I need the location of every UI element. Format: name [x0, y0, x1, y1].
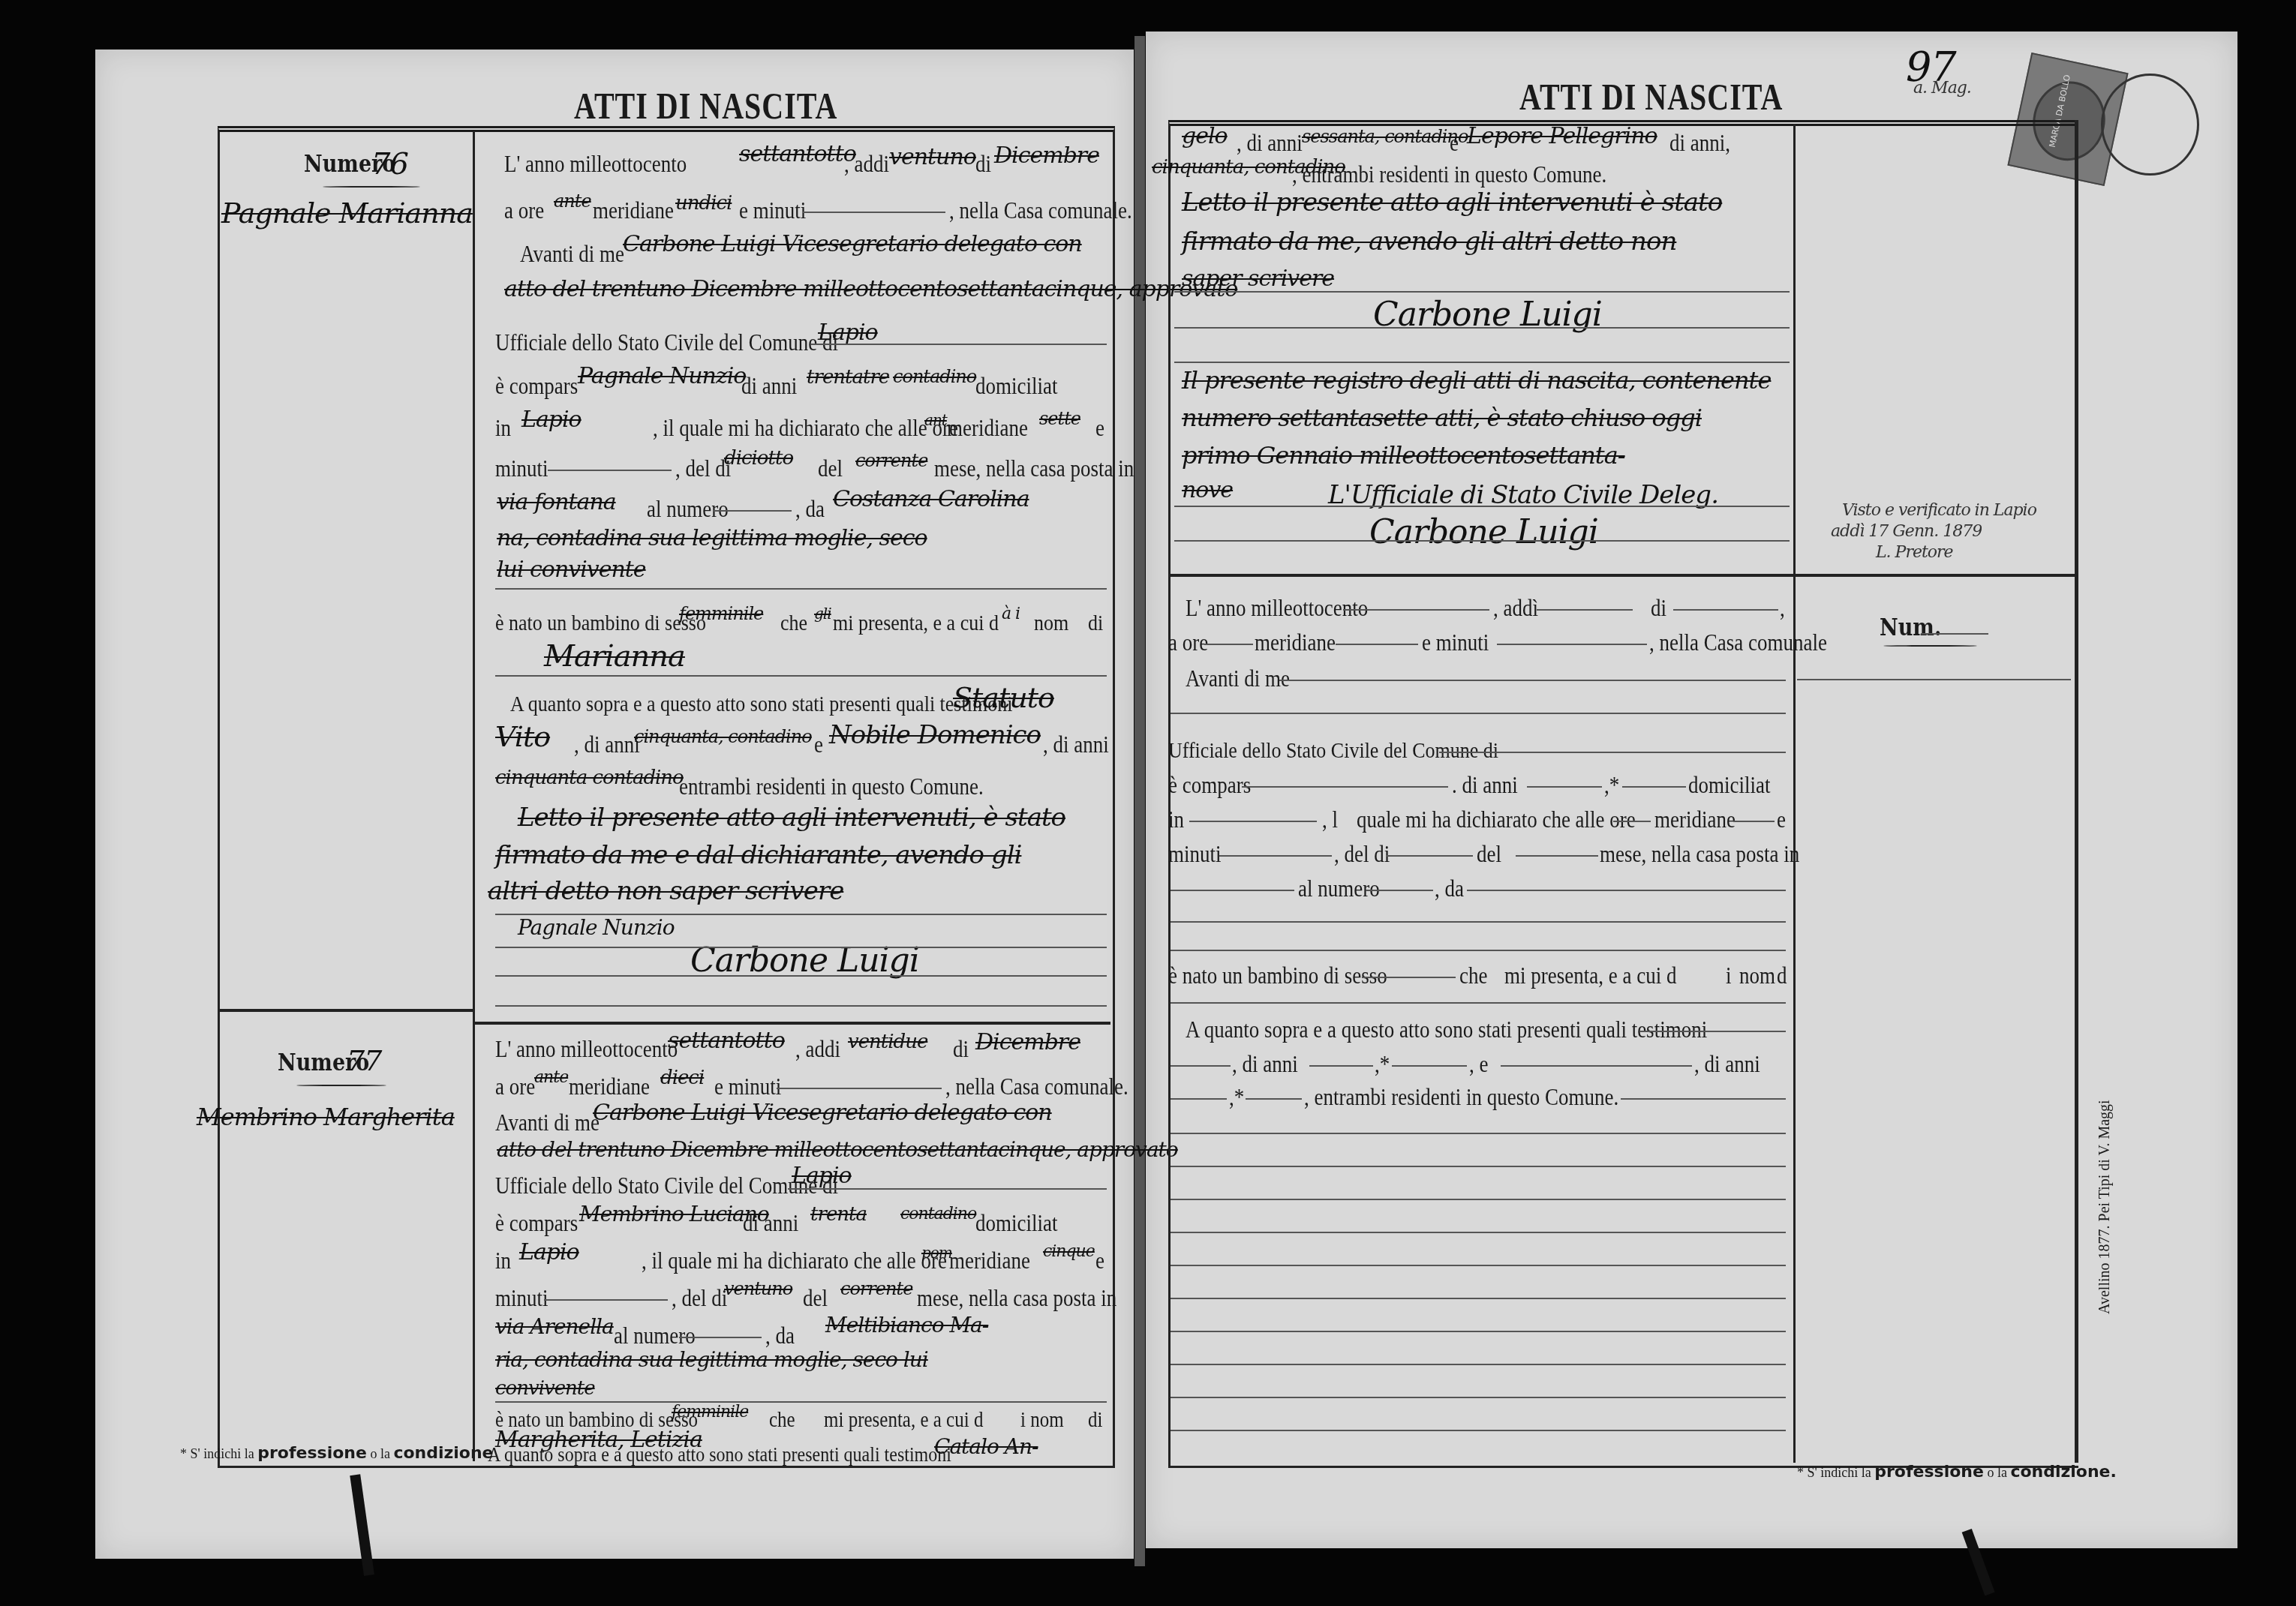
- printed-text: minuti: [495, 1284, 548, 1312]
- printed-text: domiciliat: [1688, 771, 1770, 799]
- ruled-line: [1174, 540, 1790, 542]
- printed-text: , entrambi residenti in questo Comune.: [1292, 161, 1606, 188]
- age-blank[interactable]: [1527, 786, 1602, 788]
- printed-text: di: [953, 1035, 969, 1063]
- blank-line: [788, 1188, 1107, 1190]
- handwritten-value: atto del trentuno Dicembre milleottocent…: [497, 1137, 1178, 1162]
- declarant-signature: Pagnale Nunzio: [518, 915, 674, 940]
- hour-blank[interactable]: [1336, 644, 1418, 645]
- printed-text: , del di: [672, 1284, 727, 1312]
- printed-text: A quanto sopra e a questo atto sono stat…: [510, 690, 1012, 718]
- printed-text: mi presenta, e a cui d: [824, 1407, 983, 1435]
- ruled-line[interactable]: [1171, 1430, 1786, 1431]
- comune-name: Lapio: [792, 1163, 852, 1189]
- printed-text: è nato un bambino di sesso: [1168, 962, 1387, 989]
- right-page-header: ATTI DI NASCITA: [1519, 75, 1783, 119]
- right-margin-column-divider: [1793, 124, 1796, 1463]
- printed-text: nom: [1034, 609, 1068, 637]
- mother-blank-3[interactable]: [1171, 950, 1786, 951]
- declarant-blank[interactable]: [1242, 786, 1448, 788]
- printed-text: nom: [1739, 962, 1775, 989]
- handwritten-value: ventuno: [724, 1278, 792, 1299]
- margin-child-name: Pagnale Marianna: [221, 197, 473, 230]
- remarks-blank[interactable]: [1621, 1098, 1786, 1100]
- child-given-name: Marianna: [544, 639, 685, 674]
- mother-blank[interactable]: [1467, 890, 1786, 891]
- printed-text: Ufficiale dello Stato Civile del Comune …: [1168, 737, 1498, 764]
- footnote-text: o la: [370, 1446, 390, 1461]
- printed-text: entrambi residenti in questo Comune.: [679, 773, 984, 800]
- printer-mark: Avellino 1877. Pei Tipi di V. Maggi: [2096, 1100, 2114, 1314]
- printed-text: Avanti di me: [1186, 665, 1290, 692]
- ruled-line[interactable]: [1171, 1364, 1786, 1365]
- ruled-line[interactable]: [1171, 1397, 1786, 1398]
- profession-blank[interactable]: [1622, 786, 1686, 788]
- book-gutter: [1134, 36, 1145, 1566]
- witness-2-age: cinquanta contadino: [495, 767, 684, 789]
- record-separator: [1171, 574, 1793, 577]
- birth-day-blank[interactable]: [1387, 855, 1473, 857]
- printed-text: del: [818, 455, 843, 482]
- printed-text: mese, nella casa posta in: [1600, 840, 1799, 868]
- verification-note-line2: addì 17 Genn. 1879: [1831, 522, 1982, 541]
- printed-text: meridiane: [947, 414, 1028, 442]
- register-closing-statement: primo Gennaio milleottocentosettanta-: [1182, 441, 1625, 470]
- footnote-bold: condizione.: [2010, 1463, 2117, 1481]
- footnote-text: o la: [1987, 1465, 2007, 1480]
- witness-1-age-blank[interactable]: [1309, 1065, 1373, 1067]
- house-number-blank[interactable]: [1366, 890, 1433, 891]
- child-sex: femminile: [679, 603, 763, 624]
- left-margin-column-divider: [473, 131, 475, 1461]
- right-outer-border: [2075, 120, 2078, 1463]
- printed-text: e: [1777, 806, 1786, 833]
- ruled-line: [1174, 362, 1790, 363]
- printed-text: è compars: [495, 1209, 578, 1237]
- printed-text: meridiane: [593, 197, 674, 224]
- printed-text: , e: [1469, 1050, 1488, 1078]
- printed-text: minuti: [1168, 840, 1222, 868]
- officer-blank[interactable]: [1279, 680, 1786, 681]
- printed-text: è compars: [495, 372, 578, 400]
- closing-statement: altri detto non saper scrivere: [488, 876, 843, 906]
- printed-text: a ore: [495, 1073, 535, 1100]
- birth-month-blank[interactable]: [1516, 855, 1598, 857]
- ruled-line[interactable]: [1171, 1166, 1786, 1167]
- ruled-line[interactable]: [1171, 1133, 1786, 1134]
- left-footnote: * S' indichi la professione o la condizi…: [180, 1444, 494, 1463]
- closing-statement: Letto il presente atto agli intervenuti,…: [518, 803, 1065, 833]
- handwritten-value: Carbone Luigi Vicesegretario delegato co…: [593, 1100, 1052, 1126]
- ruled-line[interactable]: [1171, 1265, 1786, 1266]
- printed-text: che: [769, 1407, 795, 1435]
- ruled-line[interactable]: [1171, 1298, 1786, 1299]
- witness-2-profession-blank[interactable]: [1246, 1098, 1302, 1100]
- ruled-line: [495, 675, 1107, 677]
- comune-name: Lapio: [818, 320, 878, 346]
- ruled-line[interactable]: [1171, 1199, 1786, 1200]
- handwritten-value: pom: [921, 1244, 952, 1262]
- printed-text: ,*: [1229, 1083, 1244, 1111]
- postmark-cancellation: [2101, 74, 2199, 176]
- witness-1-surname: Catalo An-: [934, 1434, 1038, 1459]
- printed-text: , addi: [795, 1035, 840, 1063]
- street-name: via fontana: [497, 489, 616, 515]
- printed-text: , di anni: [574, 731, 640, 758]
- printed-text: i nom: [1020, 1407, 1064, 1435]
- declarant-profession: contadino: [893, 366, 976, 387]
- printed-text: e minuti: [714, 1073, 781, 1100]
- ruled-line: [495, 1005, 1107, 1007]
- flourish: [1883, 645, 1977, 647]
- printed-text: domiciliat: [975, 1209, 1057, 1237]
- year-blank[interactable]: [1343, 609, 1489, 611]
- printed-text: meridiane: [569, 1073, 650, 1100]
- printed-text: di: [975, 150, 991, 178]
- birth-hour-blank[interactable]: [1733, 821, 1775, 822]
- record-separator-margin: [220, 1009, 473, 1012]
- month-blank[interactable]: [1673, 609, 1778, 611]
- footnote-bold: condizione: [393, 1444, 493, 1463]
- footnote-bold: professione: [1874, 1463, 1984, 1481]
- printed-text: meridiane: [1654, 806, 1736, 833]
- ruled-line: [1174, 291, 1790, 293]
- mother-name: Meltibianco Ma-: [825, 1313, 988, 1337]
- printed-text: di anni: [743, 1209, 798, 1237]
- month-word: Dicembre: [975, 1029, 1080, 1055]
- printed-text: minuti: [495, 455, 548, 482]
- printed-text: mese, nella casa posta in: [917, 1284, 1116, 1312]
- blank-line: [810, 344, 1107, 345]
- printed-text: e: [1095, 1247, 1104, 1274]
- printed-text: , addi: [844, 150, 889, 178]
- printed-text: A quanto sopra e a questo atto sono stat…: [488, 1442, 951, 1469]
- printed-text: al numero: [647, 495, 729, 523]
- printed-text: Ufficiale dello Stato Civile del Comune …: [495, 1172, 838, 1199]
- printed-text: , del di: [675, 455, 731, 482]
- printed-text: quale mi ha dichiarato che alle ore: [1357, 806, 1636, 833]
- declarant-age: trenta: [810, 1203, 867, 1226]
- printed-text: meridiane: [1255, 629, 1336, 656]
- witness-1-name: gelo: [1182, 123, 1228, 149]
- handwritten-value: à i: [1002, 605, 1020, 623]
- printed-text: , il quale mi ha dichiarato che alle ore: [642, 1247, 947, 1274]
- birth-ante-post-blank[interactable]: [1613, 821, 1651, 822]
- printed-text: , di anni: [1232, 1050, 1298, 1078]
- printed-text: , da: [795, 495, 825, 523]
- printed-text: , di anni: [1694, 1050, 1760, 1078]
- ruled-line: [1174, 506, 1790, 507]
- witness-2-name: Lepore Pellegrino: [1467, 123, 1657, 149]
- printed-text: , di anni: [1237, 129, 1303, 157]
- printed-text: è nato un bambino di sesso: [495, 609, 706, 637]
- printed-text: a ore: [1168, 629, 1208, 656]
- officer-signature: Carbone Luigi: [1369, 513, 1598, 551]
- witness-2-name: Nobile Domenico: [829, 720, 1041, 750]
- printed-text: mi presenta, e a cui d: [1504, 962, 1676, 989]
- ruled-line[interactable]: [1171, 1331, 1786, 1332]
- witness-1-blank[interactable]: [1639, 1031, 1786, 1032]
- printed-text: , di anni: [1043, 731, 1109, 758]
- record-number-blank: [1921, 633, 1988, 635]
- printed-text: Ufficiale dello Stato Civile del Comune …: [495, 329, 838, 356]
- handwritten-value: na, contadina sua legittima moglie, seco: [497, 525, 927, 551]
- town-blank[interactable]: [1189, 821, 1317, 822]
- printed-text: ,: [1780, 594, 1785, 622]
- handwritten-value: cinque: [1043, 1242, 1095, 1261]
- witness-1-name: Vito: [495, 720, 550, 753]
- printed-text: al numero: [1298, 875, 1380, 902]
- closing-statement: firmato da me e dal dichiarante, avendo …: [495, 840, 1021, 870]
- printed-text: al numero: [614, 1322, 696, 1349]
- printed-text: che: [780, 609, 807, 637]
- printed-text: i: [1726, 962, 1732, 989]
- witness-2-blank[interactable]: [1501, 1065, 1692, 1067]
- ruled-line: [495, 947, 1107, 948]
- declarant-age: trentatre: [807, 366, 889, 389]
- day-word: ventuno: [889, 144, 976, 170]
- printed-text: e: [814, 731, 823, 758]
- hour-ante-post-blank[interactable]: [1204, 644, 1253, 645]
- declarant-profession: contadino: [900, 1205, 976, 1223]
- printed-text: . di anni: [1452, 771, 1518, 799]
- printed-text: e: [1095, 414, 1104, 442]
- blank-line: [548, 470, 672, 471]
- birth-minutes-blank[interactable]: [1219, 855, 1332, 857]
- printed-text: , l: [1322, 806, 1338, 833]
- handwritten-value: ante: [554, 191, 591, 212]
- printed-text: di: [1088, 1407, 1102, 1435]
- handwritten-value: ria, contadina sua legittima moglie, sec…: [495, 1347, 928, 1372]
- handwritten-value: Carbone Luigi Vicesegretario delegato co…: [623, 231, 1082, 257]
- printed-text: a ore: [504, 197, 544, 224]
- handwritten-value: corrente: [840, 1278, 912, 1299]
- printed-text: , da: [1435, 875, 1464, 902]
- flourish: [323, 186, 420, 188]
- day-blank[interactable]: [1537, 609, 1633, 611]
- street-name: via Arenella: [495, 1314, 614, 1339]
- ruled-line: [495, 914, 1107, 915]
- printed-text: e minuti: [1422, 629, 1489, 656]
- handwritten-value: gli: [814, 605, 831, 623]
- sex-blank[interactable]: [1362, 977, 1456, 978]
- printed-text: in: [495, 1247, 511, 1274]
- printed-text: L' anno milleottocento: [495, 1035, 678, 1063]
- handwritten-value: ant: [924, 411, 947, 429]
- printed-text: , nella Casa comunale: [1649, 629, 1827, 656]
- witness-1-surname: Statuto: [953, 681, 1054, 714]
- ruled-line: [495, 588, 1107, 590]
- witness-1-blank-2[interactable]: [1171, 1065, 1231, 1067]
- closing-statement: Letto il presente atto agli intervenuti …: [1182, 188, 1722, 218]
- blank-line: [679, 1337, 762, 1338]
- record-number-value: 76: [371, 147, 408, 182]
- blank-line: [777, 1088, 942, 1089]
- printed-text: ,*: [1375, 1050, 1390, 1078]
- witness-2-age-blank[interactable]: [1171, 1098, 1227, 1100]
- margin-child-name: Membrino Margherita: [197, 1103, 455, 1131]
- verification-note-line1: Visto e verificato in Lapio: [1842, 501, 2036, 520]
- footnote-text: * S' indichi la: [180, 1446, 254, 1461]
- closing-statement: saper scrivere: [1182, 266, 1334, 292]
- handwritten-value: undici: [675, 192, 732, 215]
- mother-blank-2[interactable]: [1171, 921, 1786, 923]
- handwritten-value: convivente: [495, 1377, 595, 1400]
- year-word: settantotto: [739, 141, 856, 167]
- day-word: ventidue: [848, 1031, 927, 1053]
- officer-blank-2[interactable]: [1171, 713, 1786, 714]
- left-page-header: ATTI DI NASCITA: [574, 84, 837, 128]
- printed-text: , nella Casa comunale.: [945, 1073, 1128, 1100]
- printed-text: Avanti di me: [495, 1109, 600, 1136]
- record-separator-body: [475, 1022, 1110, 1025]
- verification-note-line3: L. Pretore: [1876, 543, 1953, 562]
- ruled-line: [495, 1401, 1107, 1403]
- ruled-line: [1174, 327, 1790, 329]
- record-number-value: 77: [347, 1044, 381, 1077]
- printed-text: del: [1477, 840, 1501, 868]
- record-number-label: Num.: [1880, 614, 1941, 641]
- handwritten-value: corrente: [855, 450, 927, 471]
- printed-text: di anni,: [1669, 129, 1730, 157]
- printed-text: in: [1168, 806, 1184, 833]
- handwritten-value: Lapio: [519, 1239, 579, 1265]
- printed-text: mi presenta, e a cui d: [833, 609, 999, 637]
- printed-text: è compars: [1168, 771, 1251, 799]
- month-word: Dicembre: [994, 143, 1099, 169]
- printed-text: e minuti: [739, 197, 806, 224]
- printed-text: mese, nella casa posta in: [934, 455, 1134, 482]
- witness-1-age: cinquanta, contadino: [634, 726, 812, 747]
- printed-text: di: [1651, 594, 1666, 622]
- handwritten-value: sette: [1039, 408, 1080, 429]
- declarant-name: Membrino Luciano: [579, 1202, 769, 1226]
- printed-text: , da: [765, 1322, 795, 1349]
- witness-1-age: sessanta, contadino: [1302, 126, 1468, 147]
- printed-text: che: [1459, 962, 1487, 989]
- footnote-text: * S' indichi la: [1797, 1465, 1871, 1480]
- comune-blank[interactable]: [1439, 752, 1786, 753]
- printed-text: e: [1450, 129, 1459, 157]
- handwritten-value: lui convivente: [497, 557, 646, 583]
- printed-text: Avanti di me: [520, 240, 624, 268]
- blank-line: [713, 510, 792, 512]
- ruled-line[interactable]: [1171, 1232, 1786, 1233]
- printed-text: , addì: [1493, 594, 1538, 622]
- closing-statement: firmato da me, avendo gli altri detto no…: [1182, 227, 1676, 257]
- printed-text: d: [1777, 962, 1787, 989]
- handwritten-value: diciotto: [724, 447, 793, 470]
- printed-text: in: [495, 414, 511, 442]
- register-closing-statement: numero settantasette atti, è stato chius…: [1182, 404, 1702, 432]
- printed-text: L' anno milleottocento: [1186, 594, 1368, 622]
- child-name-blank[interactable]: [1171, 1002, 1786, 1004]
- ruled-line: [495, 975, 1107, 977]
- handwritten-value: ante: [534, 1068, 568, 1087]
- handwritten-value: Lapio: [521, 407, 582, 433]
- footnote-bold: professione: [257, 1444, 367, 1463]
- register-closing-statement: nove: [1182, 477, 1233, 503]
- ruled-line: [1797, 679, 2071, 680]
- printed-text: , entrambi residenti in questo Comune.: [1304, 1083, 1618, 1111]
- child-sex: femminile: [672, 1403, 748, 1421]
- printed-text: , il quale mi ha dichiarato che alle ore: [653, 414, 958, 442]
- year-word: settantotto: [668, 1028, 785, 1054]
- declarant-name: Pagnale Nunzio: [578, 363, 746, 389]
- street-blank[interactable]: [1171, 890, 1294, 891]
- printed-text: di anni: [741, 372, 797, 400]
- handwritten-value: dieci: [660, 1067, 704, 1089]
- register-closing-statement: Il presente registro degli atti di nasci…: [1182, 366, 1771, 395]
- minutes-blank[interactable]: [1497, 644, 1647, 645]
- printed-text: del: [803, 1284, 828, 1312]
- printed-text: meridiane: [949, 1247, 1030, 1274]
- blank-line: [544, 1299, 668, 1301]
- printed-text: , nella Casa comunale.: [949, 197, 1132, 224]
- printed-text: , del di: [1334, 840, 1390, 868]
- printed-text: di: [1088, 609, 1103, 637]
- flourish: [296, 1085, 386, 1086]
- folio-annotation: a. Mag.: [1913, 79, 1971, 98]
- printed-text: ,*: [1604, 771, 1619, 799]
- mother-name: Costanza Carolina: [833, 486, 1029, 512]
- printed-text: A quanto sopra e a questo atto sono stat…: [1186, 1016, 1707, 1043]
- printed-text: domiciliat: [975, 372, 1057, 400]
- record-separator-margin: [1796, 574, 2075, 577]
- printed-text: L' anno milleottocento: [504, 151, 687, 177]
- blank-line: [803, 212, 945, 213]
- right-footnote: * S' indichi la professione o la condizi…: [1797, 1463, 2117, 1481]
- witness-1-profession-blank[interactable]: [1392, 1065, 1467, 1067]
- handwritten-value: atto del trentuno Dicembre milleottocent…: [504, 276, 1237, 302]
